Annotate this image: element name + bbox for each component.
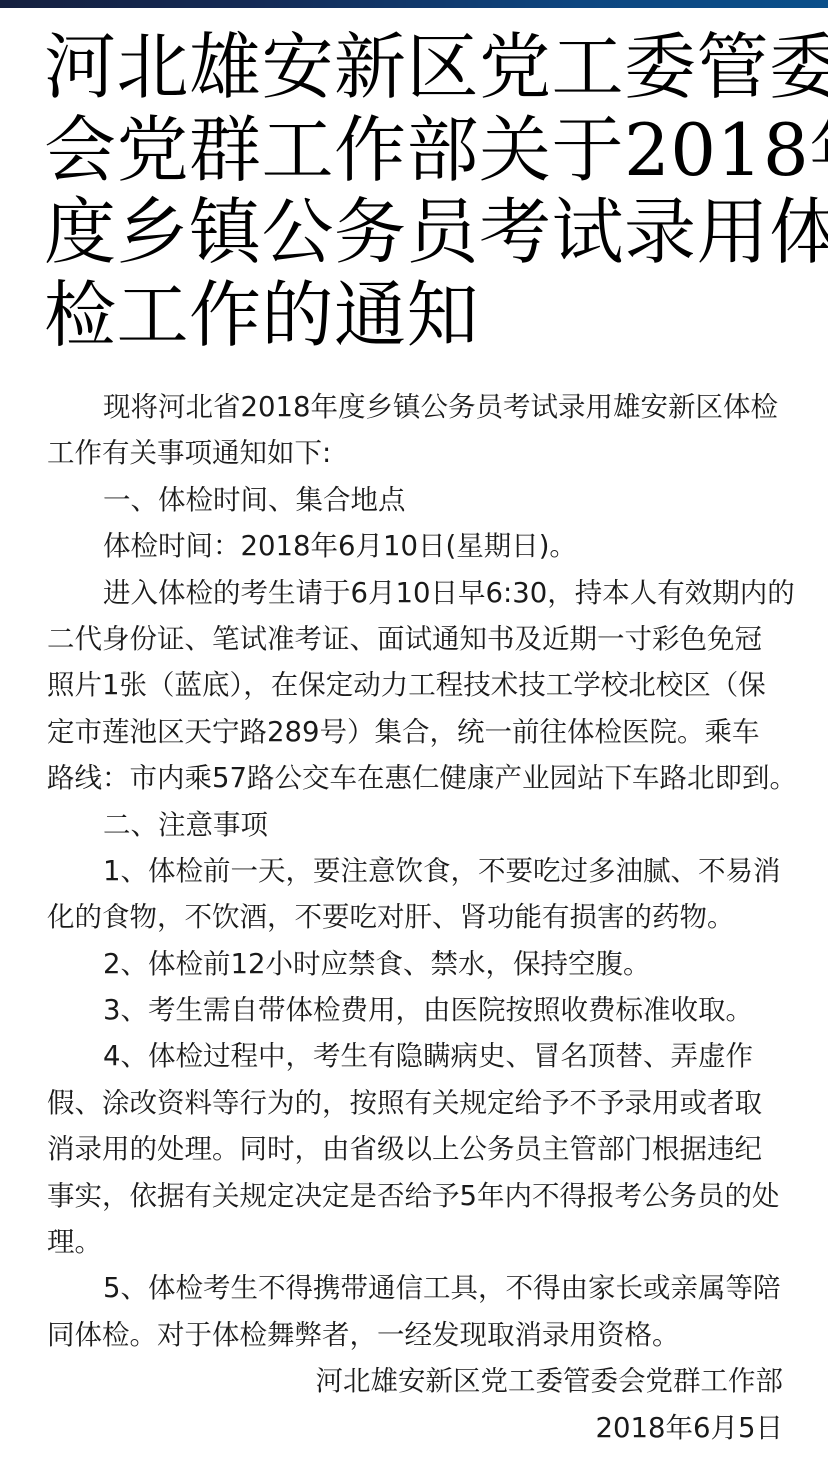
issuer-name: 河北雄安新区党工委管委会党群工作部 bbox=[47, 1358, 787, 1404]
title-line: 会党群工作部关于2018年 bbox=[44, 109, 789, 192]
paragraph-line: 1、体检前一天，要注意饮食，不要吃过多油腻、不易消 bbox=[47, 848, 787, 894]
paragraph-line: 3、考生需自带体检费用，由医院按照收费标准收取。 bbox=[47, 987, 787, 1033]
notice-item-3: 3、考生需自带体检费用，由医院按照收费标准收取。 bbox=[47, 987, 787, 1033]
paragraph-line: 理。 bbox=[47, 1219, 787, 1265]
top-header-bar bbox=[0, 0, 828, 8]
paragraph-line: 路线：市内乘57路公交车在惠仁健康产业园站下车路北即到。 bbox=[47, 755, 787, 801]
notice-item-2: 2、体检前12小时应禁食、禁水，保持空腹。 bbox=[47, 941, 787, 987]
paragraph-line: 2、体检前12小时应禁食、禁水，保持空腹。 bbox=[47, 941, 787, 987]
title-line: 河北雄安新区党工委管委 bbox=[44, 26, 789, 109]
section-heading: 一、体检时间、集合地点 bbox=[47, 477, 787, 523]
paragraph-line: 消录用的处理。同时，由省级以上公务员主管部门根据违纪 bbox=[47, 1126, 787, 1172]
intro-paragraph: 现将河北省2018年度乡镇公务员考试录用雄安新区体检 工作有关事项通知如下: bbox=[47, 384, 787, 477]
notice-item-4: 4、体检过程中，考生有隐瞒病史、冒名顶替、弄虚作 假、涂改资料等行为的，按照有关… bbox=[47, 1033, 787, 1265]
paragraph-line: 同体检。对于体检舞弊者，一经发现取消录用资格。 bbox=[47, 1312, 787, 1358]
paragraph-line: 现将河北省2018年度乡镇公务员考试录用雄安新区体检 bbox=[47, 384, 787, 430]
paragraph-line: 化的食物，不饮酒，不要吃对肝、肾功能有损害的药物。 bbox=[47, 894, 787, 940]
paragraph-line: 事实，依据有关规定决定是否给予5年内不得报考公务员的处 bbox=[47, 1173, 787, 1219]
title-line: 度乡镇公务员考试录用体 bbox=[44, 191, 789, 274]
exam-time: 体检时间：2018年6月10日(星期日)。 bbox=[47, 523, 787, 569]
paragraph-line: 5、体检考生不得携带通信工具，不得由家长或亲属等陪 bbox=[47, 1265, 787, 1311]
notice-item-5: 5、体检考生不得携带通信工具，不得由家长或亲属等陪 同体检。对于体检舞弊者，一经… bbox=[47, 1265, 787, 1358]
page-title: 河北雄安新区党工委管委 会党群工作部关于2018年 度乡镇公务员考试录用体 检工… bbox=[44, 26, 789, 356]
paragraph-line: 假、涂改资料等行为的，按照有关规定给予不予录用或者取 bbox=[47, 1080, 787, 1126]
paragraph-line: 照片1张（蓝底），在保定动力工程技术技工学校北校区（保 bbox=[47, 662, 787, 708]
issue-date: 2018年6月5日 bbox=[47, 1405, 787, 1451]
paragraph-line: 4、体检过程中，考生有隐瞒病史、冒名顶替、弄虚作 bbox=[47, 1033, 787, 1079]
section-heading: 二、注意事项 bbox=[47, 802, 787, 848]
section-2: 二、注意事项 1、体检前一天，要注意饮食，不要吃过多油腻、不易消 化的食物，不饮… bbox=[47, 802, 787, 1359]
paragraph-line: 定市莲池区天宁路289号）集合，统一前往体检医院。乘车 bbox=[47, 709, 787, 755]
notice-item-1: 1、体检前一天，要注意饮食，不要吃过多油腻、不易消 化的食物，不饮酒，不要吃对肝… bbox=[47, 848, 787, 941]
paragraph-line: 进入体检的考生请于6月10日早6:30，持本人有效期内的 bbox=[47, 570, 787, 616]
section-1: 一、体检时间、集合地点 体检时间：2018年6月10日(星期日)。 进入体检的考… bbox=[47, 477, 787, 802]
notice-body: 现将河北省2018年度乡镇公务员考试录用雄安新区体检 工作有关事项通知如下: 一… bbox=[47, 384, 787, 1451]
paragraph-line: 二代身份证、笔试准考证、面试通知书及近期一寸彩色免冠 bbox=[47, 616, 787, 662]
title-line: 检工作的通知 bbox=[44, 274, 789, 357]
paragraph-line: 工作有关事项通知如下: bbox=[47, 430, 787, 476]
signature-block: 河北雄安新区党工委管委会党群工作部 2018年6月5日 bbox=[47, 1358, 787, 1451]
